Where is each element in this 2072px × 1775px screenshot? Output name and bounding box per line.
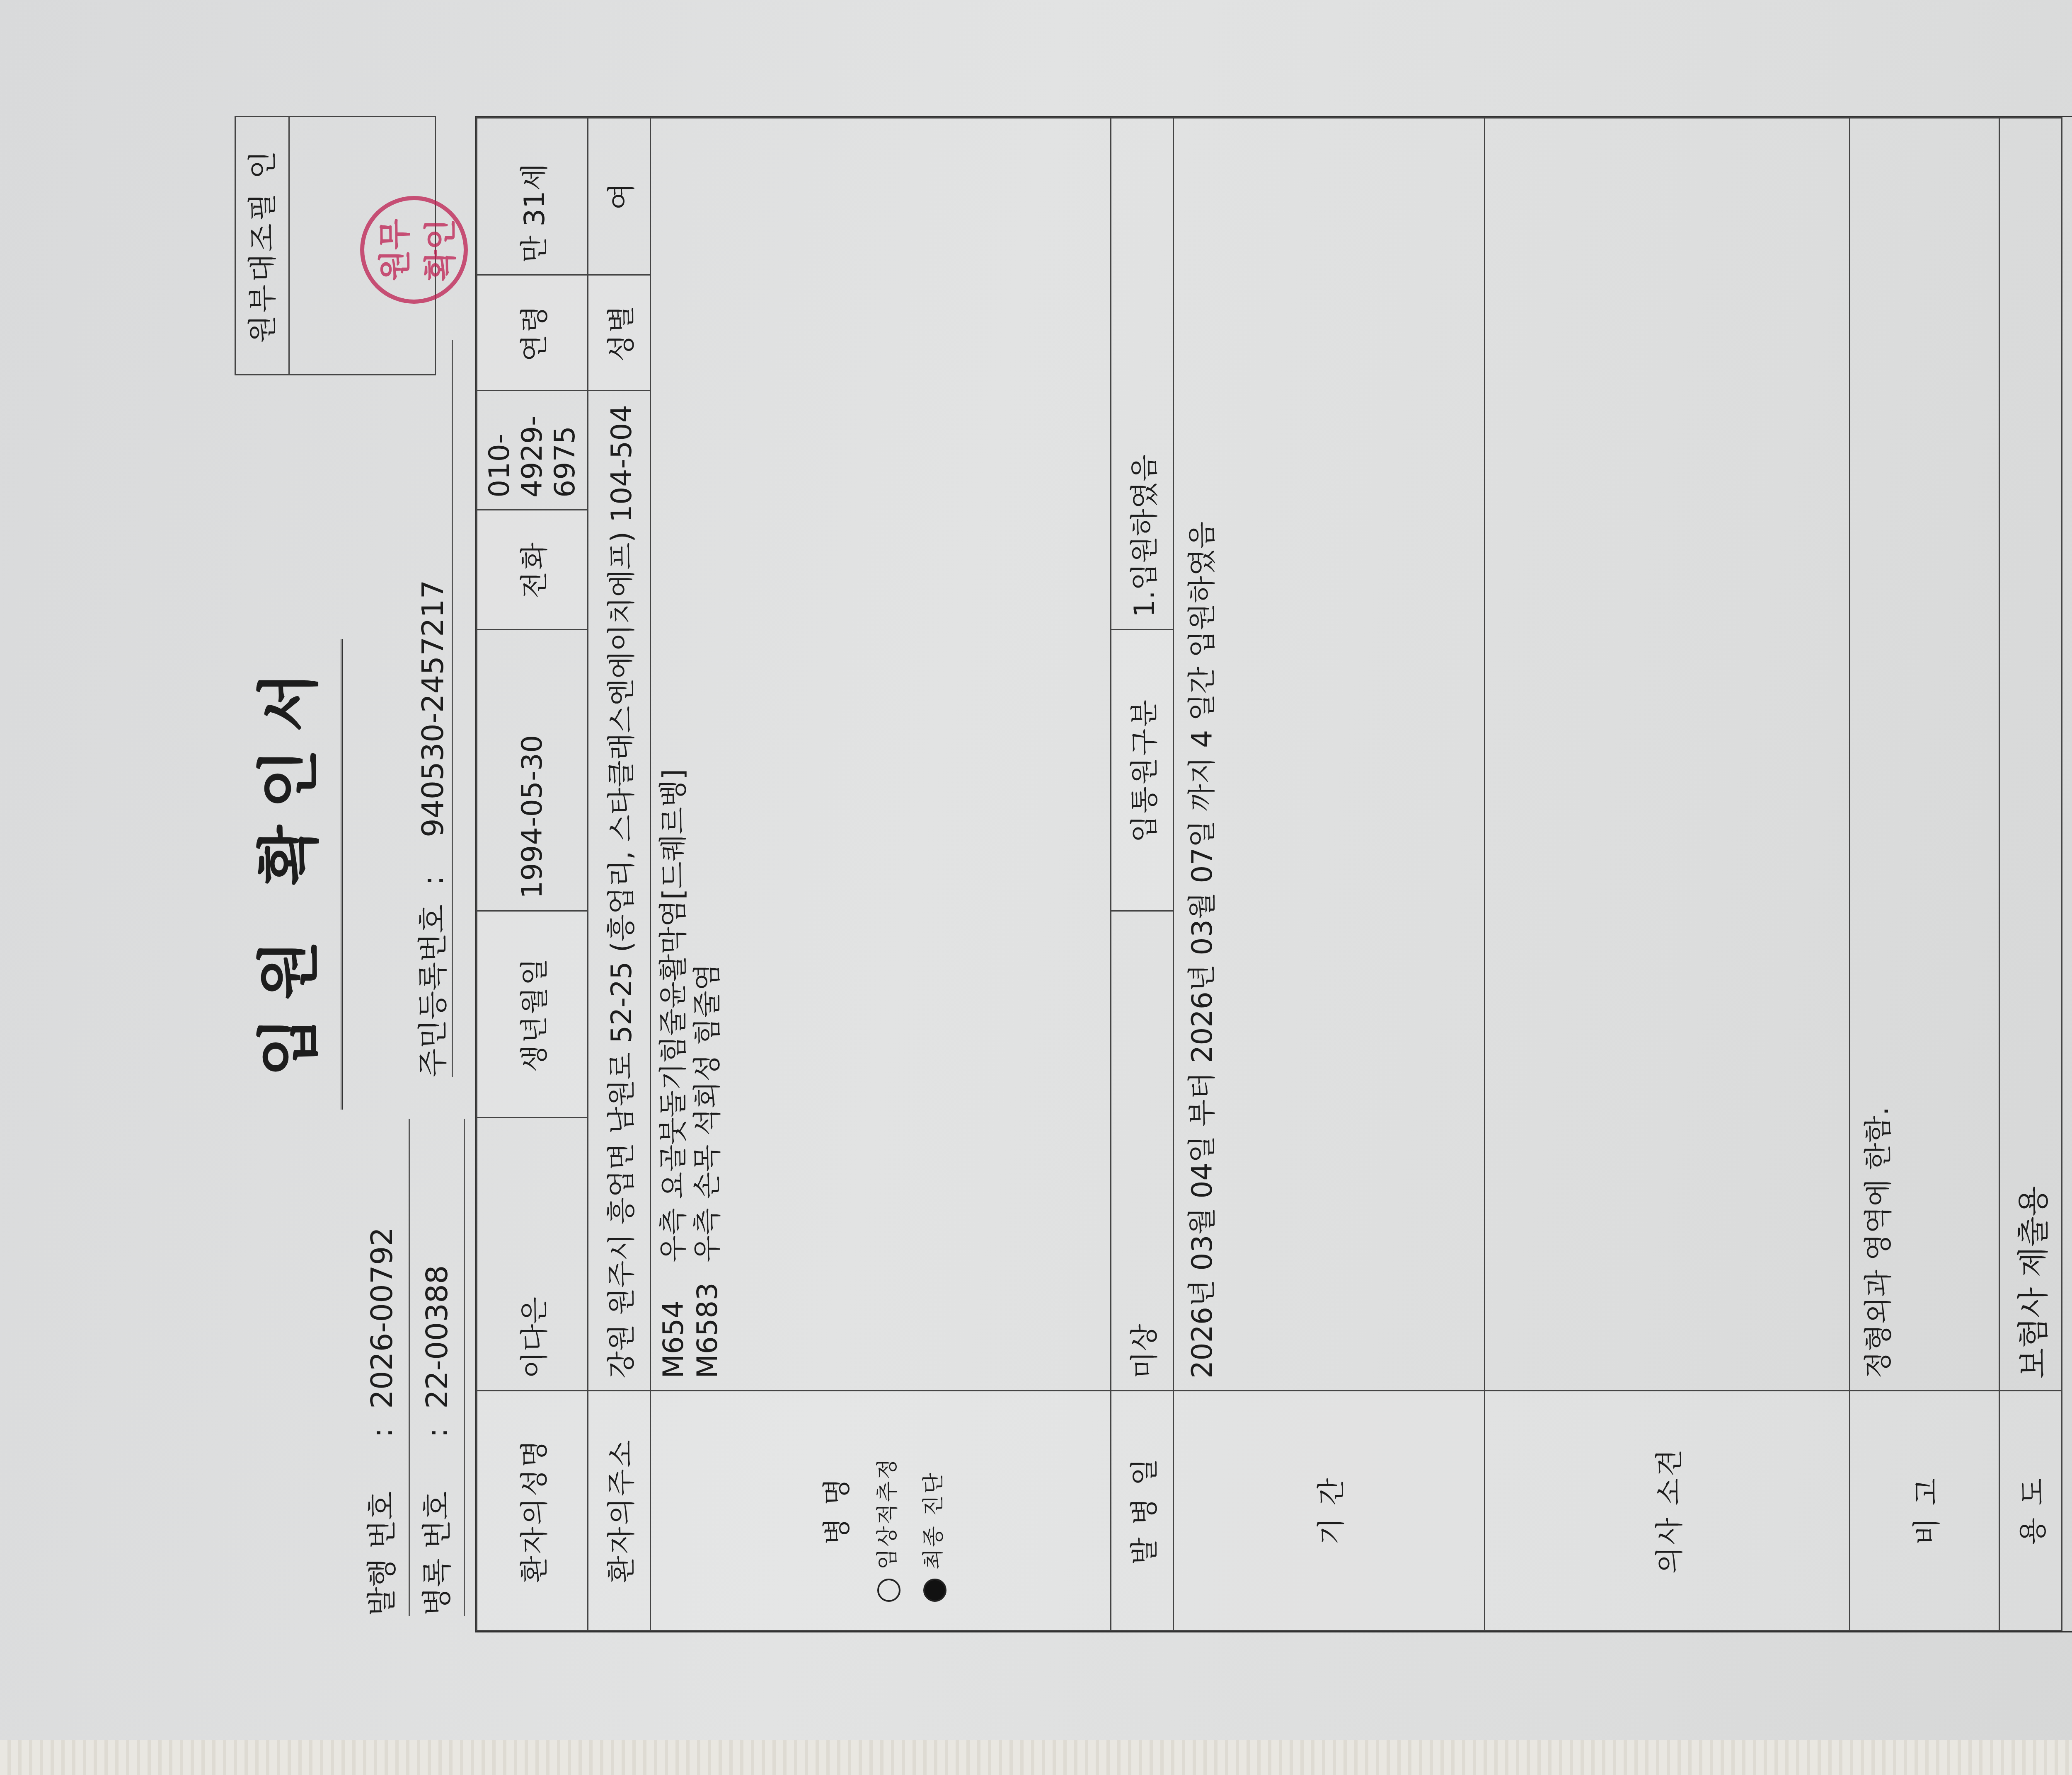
phone-label: 전화 (477, 510, 588, 630)
opinion-text (1485, 118, 1850, 1391)
sex-label: 성별 (588, 275, 651, 391)
name-label: 환자의성명 (477, 1391, 588, 1631)
purpose-label: 용 도 (1999, 1391, 2062, 1631)
diagnosis-item: M6583우측 손목 석회성 힘줄염 (691, 130, 725, 1378)
address-label: 환자의주소 (588, 1391, 651, 1631)
onset-label: 발 병 일 (1111, 1391, 1174, 1631)
admission-certificate-form: 입원 확인서 발행 번호 : 2026-00792 병록 번호 : 22-003… (65, 41, 2072, 1707)
patient-address: 강원 원주시 흥업면 남원로 52-25 (흥업리, 스타클래스엔에이치에프) … (588, 391, 651, 1391)
purpose-text: 보험사 제출용 (1999, 118, 2062, 1391)
onset-row: 발 병 일 미상 입통원구분 1.입원하였음 (1111, 118, 1174, 1631)
birth-label: 생년월일 (477, 911, 588, 1118)
remarks-row: 비 고 정형외과 영역에 한함. (1850, 118, 1999, 1631)
stamp-box-caption: 원부대조필 인 (236, 117, 290, 374)
document-title: 입원 확인서 (239, 639, 343, 1110)
onset-value: 미상 (1111, 911, 1174, 1391)
remarks-label: 비 고 (1850, 1391, 1999, 1631)
patient-phone: 010-4929-6975 (477, 391, 588, 510)
patient-name: 이다은 (477, 1118, 588, 1391)
period-label: 기 간 (1174, 1391, 1485, 1631)
issue-number: 2026-00792 (355, 1227, 409, 1409)
radio-unselected-icon[interactable] (877, 1579, 900, 1602)
resident-number: 940530-2457217 (415, 580, 450, 838)
diagnosis-row: 병 명 임상적추정 최종 진단 M654우측 요골붓돌기힘줄윤활막염[드퀘르벵] (651, 118, 1111, 1631)
diagnosis-list: M654우측 요골붓돌기힘줄윤활막염[드퀘르벵] M6583우측 손목 석회성 … (651, 118, 1111, 1391)
diagnosis-label-cell: 병 명 임상적추정 최종 진단 (651, 1391, 1111, 1631)
desk-surface (0, 1740, 2072, 1775)
admission-type-value: 1.입원하였음 (1111, 118, 1174, 630)
chart-number-label: 병록 번호 (410, 1438, 464, 1616)
purpose-row: 용 도 보험사 제출용 (1999, 118, 2062, 1631)
patient-birth: 1994-05-30 (477, 630, 588, 911)
diagnosis-option-clinical[interactable]: 임상적추정 (870, 1403, 901, 1618)
document-meta: 발행 번호 : 2026-00792 병록 번호 : 22-00388 (355, 1119, 465, 1616)
period-row: 기 간 2026년 03월 04일 부터 2026년 03월 07일 까지 4 … (1174, 118, 1485, 1631)
admission-type-label: 입통원구분 (1111, 630, 1174, 911)
remarks-text: 정형외과 영역에 한함. (1850, 118, 1999, 1391)
opinion-label: 의사 소견 (1485, 1391, 1850, 1631)
patient-age: 만 31세 (477, 118, 588, 275)
issue-number-label: 발행 번호 (355, 1438, 409, 1616)
resident-number-line: 주민등록번호 : 940530-2457217 (409, 340, 453, 1077)
verification-seal: 원무 확인 (360, 196, 468, 304)
chart-number: 22-00388 (410, 1265, 464, 1409)
patient-sex: 여 (588, 118, 651, 275)
diagnosis-label: 병 명 (815, 1403, 855, 1618)
radio-selected-icon[interactable] (923, 1579, 946, 1602)
opinion-row: 의사 소견 (1485, 118, 1850, 1631)
period-text: 2026년 03월 04일 부터 2026년 03월 07일 까지 4 일간 입… (1174, 118, 1485, 1391)
certificate-table: 환자의성명 이다은 생년월일 1994-05-30 전화 010-4929-69… (475, 116, 2072, 1632)
patient-row-2: 환자의주소 강원 원주시 흥업면 남원로 52-25 (흥업리, 스타클래스엔에… (588, 118, 651, 1631)
patient-row-1: 환자의성명 이다은 생년월일 1994-05-30 전화 010-4929-69… (477, 118, 588, 1631)
verification-stamp-box: 원부대조필 인 원무 확인 (235, 116, 436, 375)
paper-sheet: 입원 확인서 발행 번호 : 2026-00792 병록 번호 : 22-003… (0, 0, 2072, 1740)
diagnosis-option-final[interactable]: 최종 진단 (916, 1403, 947, 1618)
age-label: 연령 (477, 275, 588, 391)
diagnosis-item: M654우측 요골붓돌기힘줄윤활막염[드퀘르벵] (657, 130, 691, 1378)
resident-number-label: 주민등록번호 (415, 904, 450, 1077)
